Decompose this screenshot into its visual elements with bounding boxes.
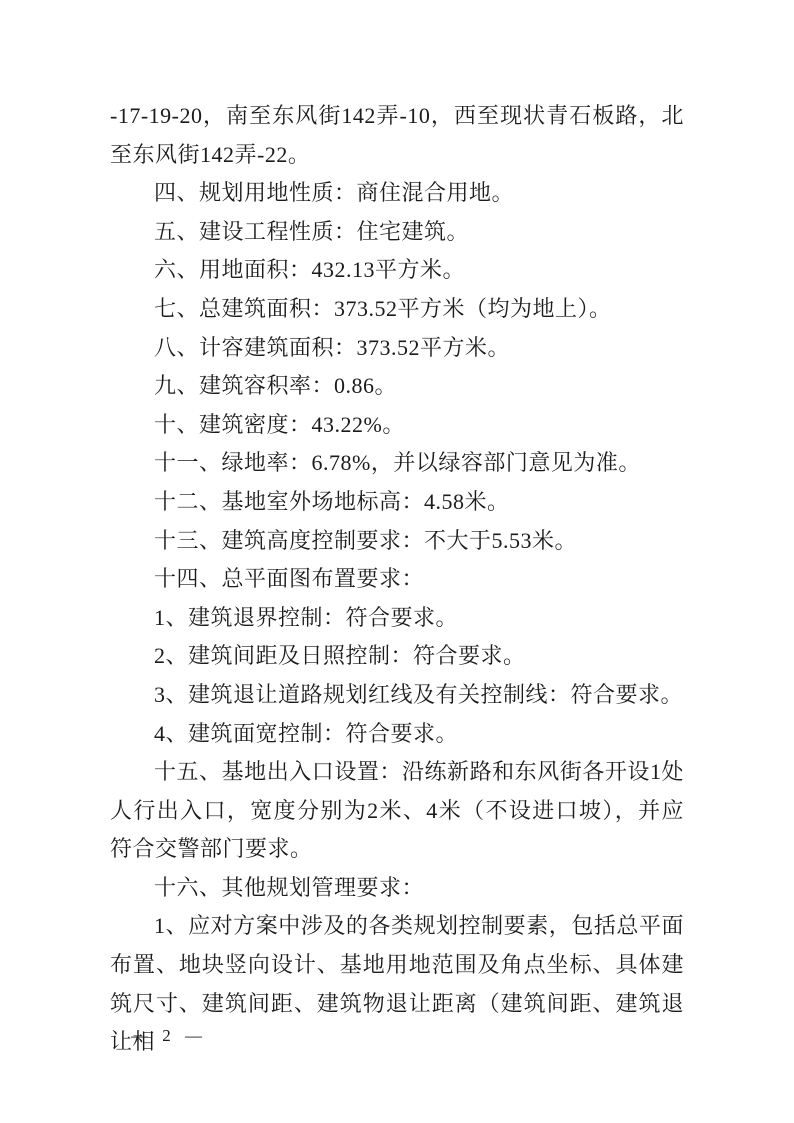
paragraph: 十四、总平面图布置要求： [110, 560, 684, 599]
paragraph: 十二、基地室外场地标高：4.58米。 [110, 483, 684, 522]
paragraph: 五、建设工程性质：住宅建筑。 [110, 213, 684, 252]
paragraph: 七、总建筑面积：373.52平方米（均为地上）。 [110, 290, 684, 329]
document-page: -17-19-20，南至东风街142弄-10，西至现状青石板路，北至东风街142… [0, 0, 794, 1123]
paragraph: -17-19-20，南至东风街142弄-10，西至现状青石板路，北至东风街142… [110, 97, 684, 174]
paragraph: 4、建筑面宽控制：符合要求。 [110, 715, 684, 754]
paragraph: 十五、基地出入口设置：沿练新路和东风街各开设1处人行出入口，宽度分别为2米、4米… [110, 753, 684, 869]
paragraph: 3、建筑退让道路规划红线及有关控制线：符合要求。 [110, 676, 684, 715]
document-body: -17-19-20，南至东风街142弄-10，西至现状青石板路，北至东风街142… [110, 97, 684, 1062]
paragraph: 十三、建筑高度控制要求：不大于5.53米。 [110, 522, 684, 561]
paragraph: 六、用地面积：432.13平方米。 [110, 251, 684, 290]
paragraph: 十、建筑密度：43.22%。 [110, 406, 684, 445]
paragraph: 九、建筑容积率：0.86。 [110, 367, 684, 406]
paragraph: 1、建筑退界控制：符合要求。 [110, 599, 684, 638]
paragraph: 八、计容建筑面积：373.52平方米。 [110, 329, 684, 368]
paragraph: 十一、绿地率：6.78%，并以绿容部门意见为准。 [110, 444, 684, 483]
paragraph: 2、建筑间距及日照控制：符合要求。 [110, 637, 684, 676]
page-number: — 2 — [131, 1026, 207, 1046]
paragraph: 四、规划用地性质：商住混合用地。 [110, 174, 684, 213]
paragraph: 十六、其他规划管理要求： [110, 869, 684, 908]
